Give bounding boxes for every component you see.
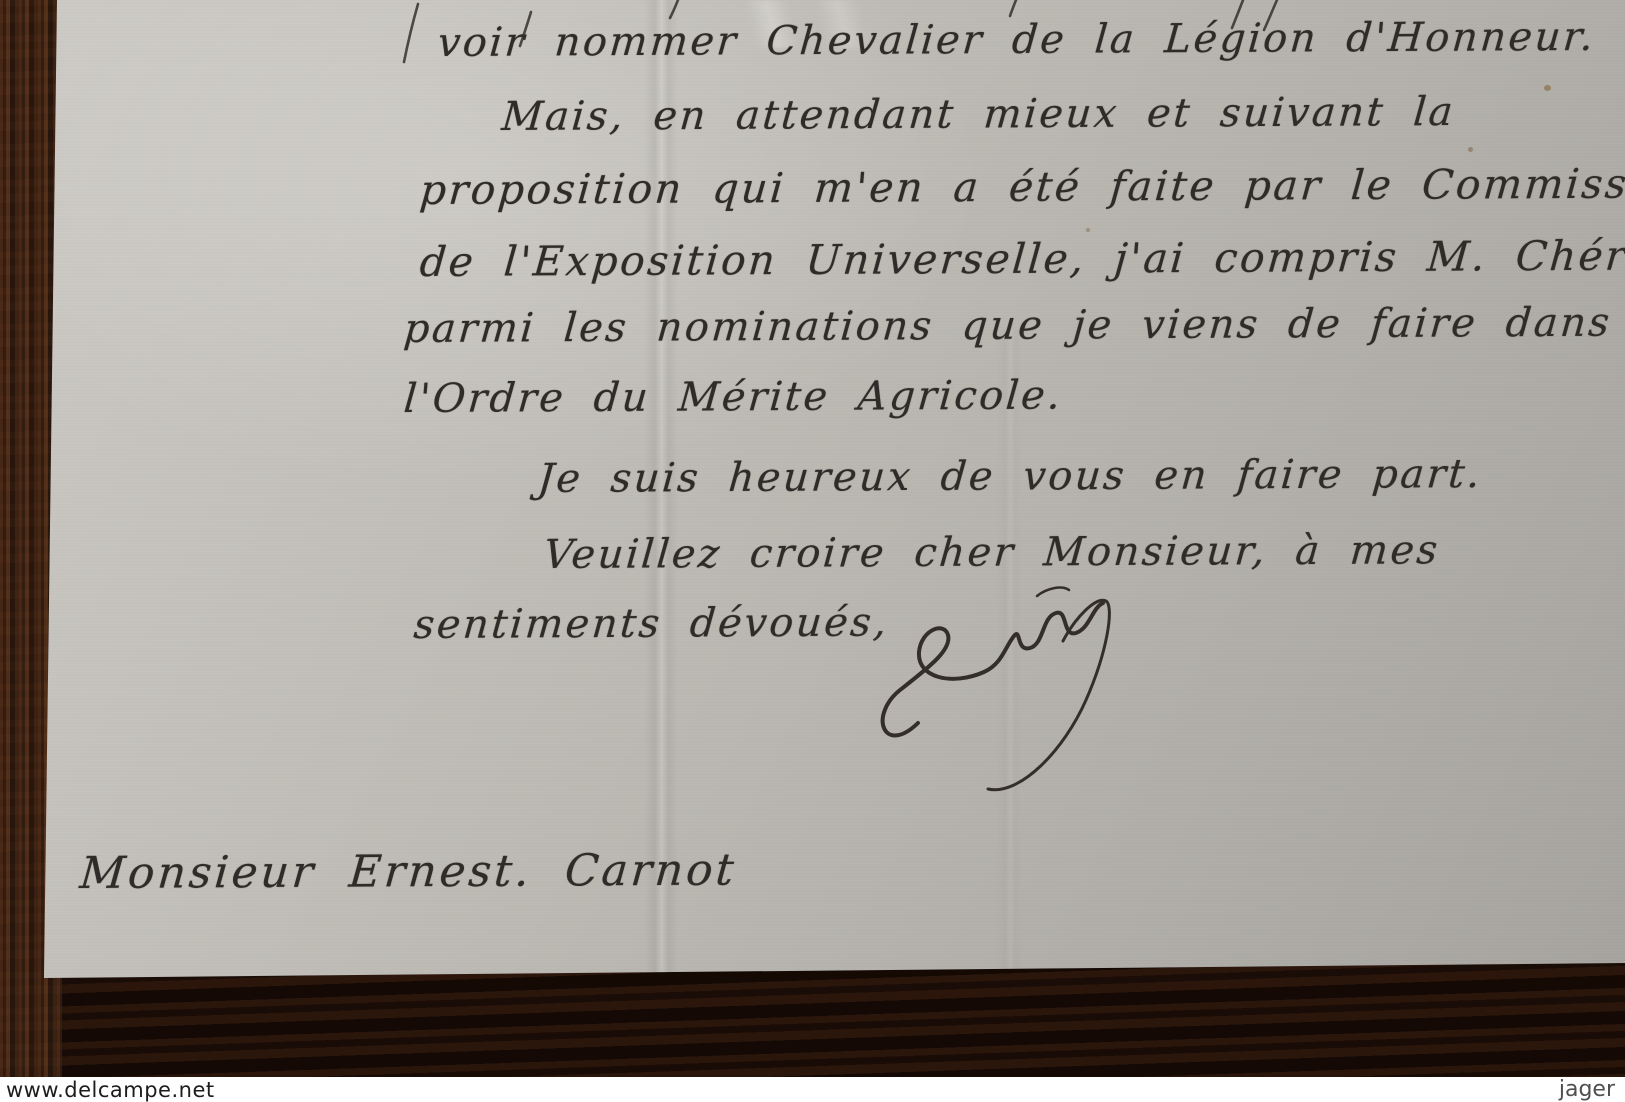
addressee-line: Monsieur Ernest. Carnot <box>78 845 739 899</box>
watermark-jager: jager <box>1559 1077 1625 1102</box>
handwritten-line: parmi les nominations que je viens de fa… <box>402 300 1613 352</box>
handwritten-line: proposition qui m'en a été faite par le … <box>418 159 1625 214</box>
watermark-delcampe: www.delcampe.net <box>0 1078 215 1102</box>
signature-flourish <box>883 588 1110 790</box>
bottom-watermark-strip: www.delcampe.net jager <box>0 1077 1625 1102</box>
handwritten-line: Veuillez croire cher Monsieur, à mes <box>542 527 1442 578</box>
stain-speck <box>1544 85 1551 91</box>
handwritten-line: voir nommer Chevalier de la Légion d'Hon… <box>436 14 1597 66</box>
stain-speck <box>1468 147 1473 152</box>
handwritten-line: sentiments dévoués, <box>412 600 891 648</box>
handwritten-line: Mais, en attendant mieux et suivant la <box>500 89 1457 140</box>
handwritten-line: l'Ordre du Mérite Agricole. <box>402 373 1065 422</box>
letter-paper: voir nommer Chevalier de la Légion d'Hon… <box>0 0 1625 1102</box>
handwritten-line: Je suis heureux de vous en faire part. <box>536 451 1484 502</box>
stain-speck <box>1086 228 1090 232</box>
handwritten-line: de l'Exposition Universelle, j'ai compri… <box>418 231 1625 286</box>
